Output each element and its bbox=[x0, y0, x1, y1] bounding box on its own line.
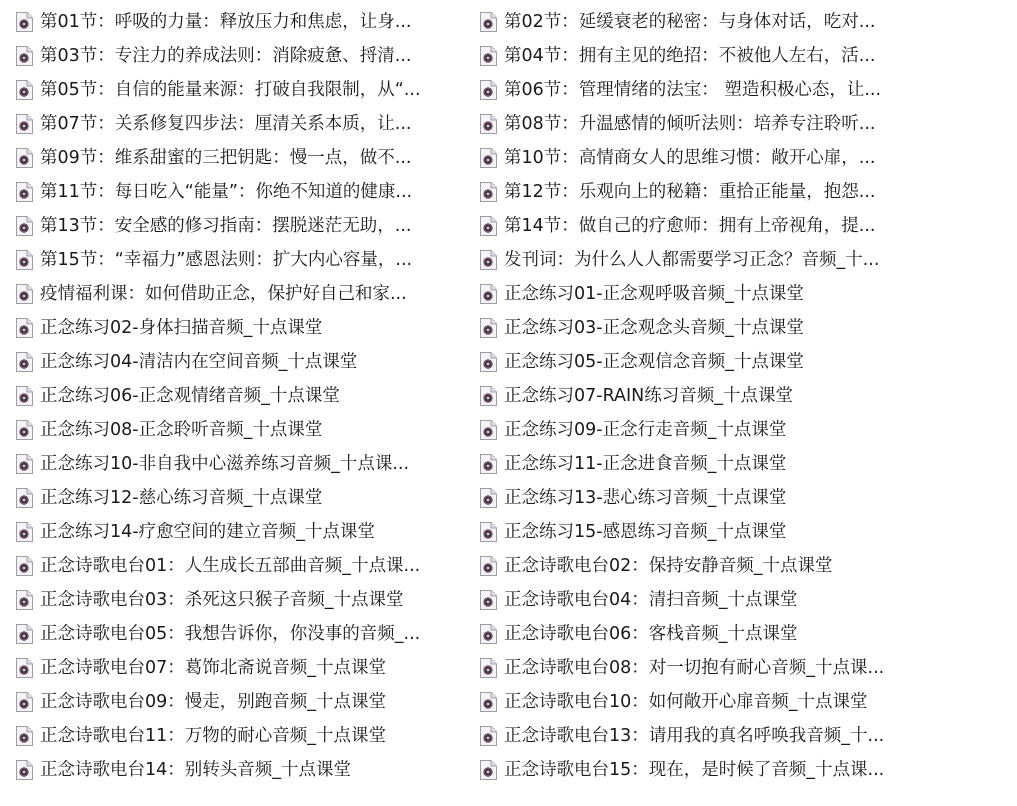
file-item[interactable]: 正念诗歌电台08：对一切抱有耐心音频_十点课... bbox=[464, 651, 928, 685]
audio-file-icon bbox=[480, 624, 497, 644]
file-item[interactable]: 第02节：延缓衰老的秘密：与身体对话，吃对... bbox=[464, 5, 928, 39]
file-item[interactable]: 正念练习10-非自我中心滋养练习音频_十点课... bbox=[0, 447, 464, 481]
audio-file-icon bbox=[480, 114, 497, 134]
audio-file-icon bbox=[480, 488, 497, 508]
audio-file-icon bbox=[16, 522, 33, 542]
file-item[interactable]: 正念练习14-疗愈空间的建立音频_十点课堂 bbox=[0, 515, 464, 549]
audio-file-icon bbox=[16, 216, 33, 236]
file-name: 正念练习03-正念观念头音频_十点课堂 bbox=[504, 311, 804, 345]
file-item[interactable]: 第13节：安全感的修习指南：摆脱迷茫无助，... bbox=[0, 209, 464, 243]
audio-file-icon bbox=[480, 352, 497, 372]
file-name: 正念练习11-正念进食音频_十点课堂 bbox=[504, 447, 786, 481]
file-item[interactable]: 第04节：拥有主见的绝招：不被他人左右，活... bbox=[464, 39, 928, 73]
file-item[interactable]: 正念练习11-正念进食音频_十点课堂 bbox=[464, 447, 928, 481]
file-item[interactable]: 第14节：做自己的疗愈师：拥有上帝视角，提... bbox=[464, 209, 928, 243]
file-name: 疫情福利课：如何借助正念，保护好自己和家... bbox=[40, 277, 407, 311]
audio-file-icon bbox=[16, 386, 33, 406]
audio-file-icon bbox=[480, 692, 497, 712]
file-name: 正念诗歌电台14：别转头音频_十点课堂 bbox=[40, 753, 351, 787]
file-item[interactable]: 正念诗歌电台05：我想告诉你，你没事的音频_... bbox=[0, 617, 464, 651]
file-item[interactable]: 正念诗歌电台01：人生成长五部曲音频_十点课... bbox=[0, 549, 464, 583]
file-item[interactable]: 第09节：维系甜蜜的三把钥匙：慢一点，做不... bbox=[0, 141, 464, 175]
file-item[interactable]: 正念练习02-身体扫描音频_十点课堂 bbox=[0, 311, 464, 345]
audio-file-icon bbox=[480, 80, 497, 100]
file-grid: 第01节：呼吸的力量：释放压力和焦虑，让身... 第02节：延缓衰老的秘密：与身… bbox=[0, 5, 928, 787]
file-item[interactable]: 正念诗歌电台14：别转头音频_十点课堂 bbox=[0, 753, 464, 787]
file-item[interactable]: 正念练习07-RAIN练习音频_十点课堂 bbox=[464, 379, 928, 413]
file-name: 正念诗歌电台11：万物的耐心音频_十点课堂 bbox=[40, 719, 386, 753]
file-item[interactable]: 正念练习06-正念观情绪音频_十点课堂 bbox=[0, 379, 464, 413]
audio-file-icon bbox=[16, 556, 33, 576]
file-name: 正念练习14-疗愈空间的建立音频_十点课堂 bbox=[40, 515, 375, 549]
audio-file-icon bbox=[480, 556, 497, 576]
audio-file-icon bbox=[16, 46, 33, 66]
file-item[interactable]: 正念练习04-清洁内在空间音频_十点课堂 bbox=[0, 345, 464, 379]
audio-file-icon bbox=[480, 522, 497, 542]
file-name: 第15节：“幸福力”感恩法则：扩大内心容量，... bbox=[40, 243, 412, 277]
file-name: 正念练习09-正念行走音频_十点课堂 bbox=[504, 413, 786, 447]
file-name: 正念练习13-悲心练习音频_十点课堂 bbox=[504, 481, 786, 515]
file-item[interactable]: 正念练习01-正念观呼吸音频_十点课堂 bbox=[464, 277, 928, 311]
file-name: 正念诗歌电台04：清扫音频_十点课堂 bbox=[504, 583, 798, 617]
file-item[interactable]: 正念诗歌电台13：请用我的真名呼唤我音频_十... bbox=[464, 719, 928, 753]
audio-file-icon bbox=[16, 80, 33, 100]
audio-file-icon bbox=[480, 760, 497, 780]
audio-file-icon bbox=[16, 284, 33, 304]
file-item[interactable]: 正念练习12-慈心练习音频_十点课堂 bbox=[0, 481, 464, 515]
file-name: 正念诗歌电台07：葛饰北斋说音频_十点课堂 bbox=[40, 651, 386, 685]
file-item[interactable]: 正念练习08-正念聆听音频_十点课堂 bbox=[0, 413, 464, 447]
file-name: 正念练习05-正念观信念音频_十点课堂 bbox=[504, 345, 804, 379]
audio-file-icon bbox=[480, 148, 497, 168]
file-item[interactable]: 正念诗歌电台15：现在，是时候了音频_十点课... bbox=[464, 753, 928, 787]
file-name: 正念练习07-RAIN练习音频_十点课堂 bbox=[504, 379, 793, 413]
audio-file-icon bbox=[480, 46, 497, 66]
file-item[interactable]: 正念诗歌电台07：葛饰北斋说音频_十点课堂 bbox=[0, 651, 464, 685]
audio-file-icon bbox=[480, 454, 497, 474]
file-item[interactable]: 正念诗歌电台11：万物的耐心音频_十点课堂 bbox=[0, 719, 464, 753]
file-item[interactable]: 发刊词：为什么人人都需要学习正念？音频_十... bbox=[464, 243, 928, 277]
audio-file-icon bbox=[480, 216, 497, 236]
file-item[interactable]: 第08节：升温感情的倾听法则：培养专注聆听... bbox=[464, 107, 928, 141]
file-item[interactable]: 正念练习05-正念观信念音频_十点课堂 bbox=[464, 345, 928, 379]
audio-file-icon bbox=[480, 12, 497, 32]
file-name: 正念诗歌电台08：对一切抱有耐心音频_十点课... bbox=[504, 651, 884, 685]
file-name: 正念练习15-感恩练习音频_十点课堂 bbox=[504, 515, 786, 549]
file-item[interactable]: 正念诗歌电台04：清扫音频_十点课堂 bbox=[464, 583, 928, 617]
file-item[interactable]: 正念练习03-正念观念头音频_十点课堂 bbox=[464, 311, 928, 345]
audio-file-icon bbox=[16, 420, 33, 440]
file-name: 正念练习01-正念观呼吸音频_十点课堂 bbox=[504, 277, 804, 311]
file-name: 正念练习02-身体扫描音频_十点课堂 bbox=[40, 311, 322, 345]
file-item[interactable]: 正念诗歌电台10：如何敞开心扉音频_十点课堂 bbox=[464, 685, 928, 719]
file-item[interactable]: 正念诗歌电台03：杀死这只猴子音频_十点课堂 bbox=[0, 583, 464, 617]
audio-file-icon bbox=[480, 658, 497, 678]
file-name: 第03节：专注力的养成法则：消除疲惫、捋清... bbox=[40, 39, 411, 73]
file-name: 第05节：自信的能量来源：打破自我限制，从“... bbox=[40, 73, 421, 107]
file-name: 正念诗歌电台15：现在，是时候了音频_十点课... bbox=[504, 753, 884, 787]
file-name: 正念诗歌电台05：我想告诉你，你没事的音频_... bbox=[40, 617, 420, 651]
audio-file-icon bbox=[16, 488, 33, 508]
file-item[interactable]: 第03节：专注力的养成法则：消除疲惫、捋清... bbox=[0, 39, 464, 73]
audio-file-icon bbox=[16, 318, 33, 338]
audio-file-icon bbox=[480, 318, 497, 338]
file-name: 第09节：维系甜蜜的三把钥匙：慢一点，做不... bbox=[40, 141, 411, 175]
audio-file-icon bbox=[16, 250, 33, 270]
file-name: 第11节：每日吃入“能量”：你绝不知道的健康... bbox=[40, 175, 412, 209]
file-name: 正念诗歌电台10：如何敞开心扉音频_十点课堂 bbox=[504, 685, 868, 719]
file-name: 第02节：延缓衰老的秘密：与身体对话，吃对... bbox=[504, 5, 875, 39]
file-item[interactable]: 第15节：“幸福力”感恩法则：扩大内心容量，... bbox=[0, 243, 464, 277]
audio-file-icon bbox=[480, 284, 497, 304]
audio-file-icon bbox=[16, 624, 33, 644]
file-name: 正念诗歌电台03：杀死这只猴子音频_十点课堂 bbox=[40, 583, 404, 617]
file-name: 第14节：做自己的疗愈师：拥有上帝视角，提... bbox=[504, 209, 875, 243]
file-name: 正念诗歌电台01：人生成长五部曲音频_十点课... bbox=[40, 549, 420, 583]
file-item[interactable]: 正念练习15-感恩练习音频_十点课堂 bbox=[464, 515, 928, 549]
file-item[interactable]: 第10节：高情商女人的思维习惯：敞开心扉，... bbox=[464, 141, 928, 175]
file-item[interactable]: 正念诗歌电台02：保持安静音频_十点课堂 bbox=[464, 549, 928, 583]
file-name: 第13节：安全感的修习指南：摆脱迷茫无助，... bbox=[40, 209, 411, 243]
audio-file-icon bbox=[480, 726, 497, 746]
file-item[interactable]: 第05节：自信的能量来源：打破自我限制，从“... bbox=[0, 73, 464, 107]
file-name: 发刊词：为什么人人都需要学习正念？音频_十... bbox=[504, 243, 879, 277]
file-name: 正念诗歌电台06：客栈音频_十点课堂 bbox=[504, 617, 798, 651]
file-item[interactable]: 疫情福利课：如何借助正念，保护好自己和家... bbox=[0, 277, 464, 311]
file-item[interactable]: 正念诗歌电台06：客栈音频_十点课堂 bbox=[464, 617, 928, 651]
audio-file-icon bbox=[16, 692, 33, 712]
file-name: 第12节：乐观向上的秘籍：重拾正能量，抱怨... bbox=[504, 175, 875, 209]
file-item[interactable]: 第07节：关系修复四步法：厘清关系本质，让... bbox=[0, 107, 464, 141]
file-name: 第10节：高情商女人的思维习惯：敞开心扉，... bbox=[504, 141, 875, 175]
audio-file-icon bbox=[16, 114, 33, 134]
audio-file-icon bbox=[480, 386, 497, 406]
file-name: 正念诗歌电台13：请用我的真名呼唤我音频_十... bbox=[504, 719, 884, 753]
file-item[interactable]: 正念诗歌电台09：慢走，别跑音频_十点课堂 bbox=[0, 685, 464, 719]
audio-file-icon bbox=[480, 420, 497, 440]
audio-file-icon bbox=[16, 182, 33, 202]
file-item[interactable]: 第01节：呼吸的力量：释放压力和焦虑，让身... bbox=[0, 5, 464, 39]
file-name: 第06节：管理情绪的法宝： 塑造积极心态，让... bbox=[504, 73, 881, 107]
audio-file-icon bbox=[16, 352, 33, 372]
audio-file-icon bbox=[16, 590, 33, 610]
file-name: 正念练习10-非自我中心滋养练习音频_十点课... bbox=[40, 447, 409, 481]
file-name: 正念练习04-清洁内在空间音频_十点课堂 bbox=[40, 345, 357, 379]
file-name: 正念练习12-慈心练习音频_十点课堂 bbox=[40, 481, 322, 515]
file-name: 正念练习06-正念观情绪音频_十点课堂 bbox=[40, 379, 340, 413]
file-name: 正念练习08-正念聆听音频_十点课堂 bbox=[40, 413, 322, 447]
audio-file-icon bbox=[16, 760, 33, 780]
file-item[interactable]: 正念练习09-正念行走音频_十点课堂 bbox=[464, 413, 928, 447]
file-name: 第07节：关系修复四步法：厘清关系本质，让... bbox=[40, 107, 411, 141]
file-item[interactable]: 正念练习13-悲心练习音频_十点课堂 bbox=[464, 481, 928, 515]
audio-file-icon bbox=[16, 658, 33, 678]
audio-file-icon bbox=[480, 182, 497, 202]
audio-file-icon bbox=[480, 250, 497, 270]
audio-file-icon bbox=[16, 12, 33, 32]
audio-file-icon bbox=[16, 726, 33, 746]
audio-file-icon bbox=[16, 454, 33, 474]
file-name: 正念诗歌电台02：保持安静音频_十点课堂 bbox=[504, 549, 833, 583]
file-name: 第01节：呼吸的力量：释放压力和焦虑，让身... bbox=[40, 5, 411, 39]
file-item[interactable]: 第12节：乐观向上的秘籍：重拾正能量，抱怨... bbox=[464, 175, 928, 209]
file-name: 第04节：拥有主见的绝招：不被他人左右，活... bbox=[504, 39, 875, 73]
file-name: 正念诗歌电台09：慢走，别跑音频_十点课堂 bbox=[40, 685, 386, 719]
file-item[interactable]: 第06节：管理情绪的法宝： 塑造积极心态，让... bbox=[464, 73, 928, 107]
audio-file-icon bbox=[480, 590, 497, 610]
file-item[interactable]: 第11节：每日吃入“能量”：你绝不知道的健康... bbox=[0, 175, 464, 209]
file-name: 第08节：升温感情的倾听法则：培养专注聆听... bbox=[504, 107, 875, 141]
audio-file-icon bbox=[16, 148, 33, 168]
